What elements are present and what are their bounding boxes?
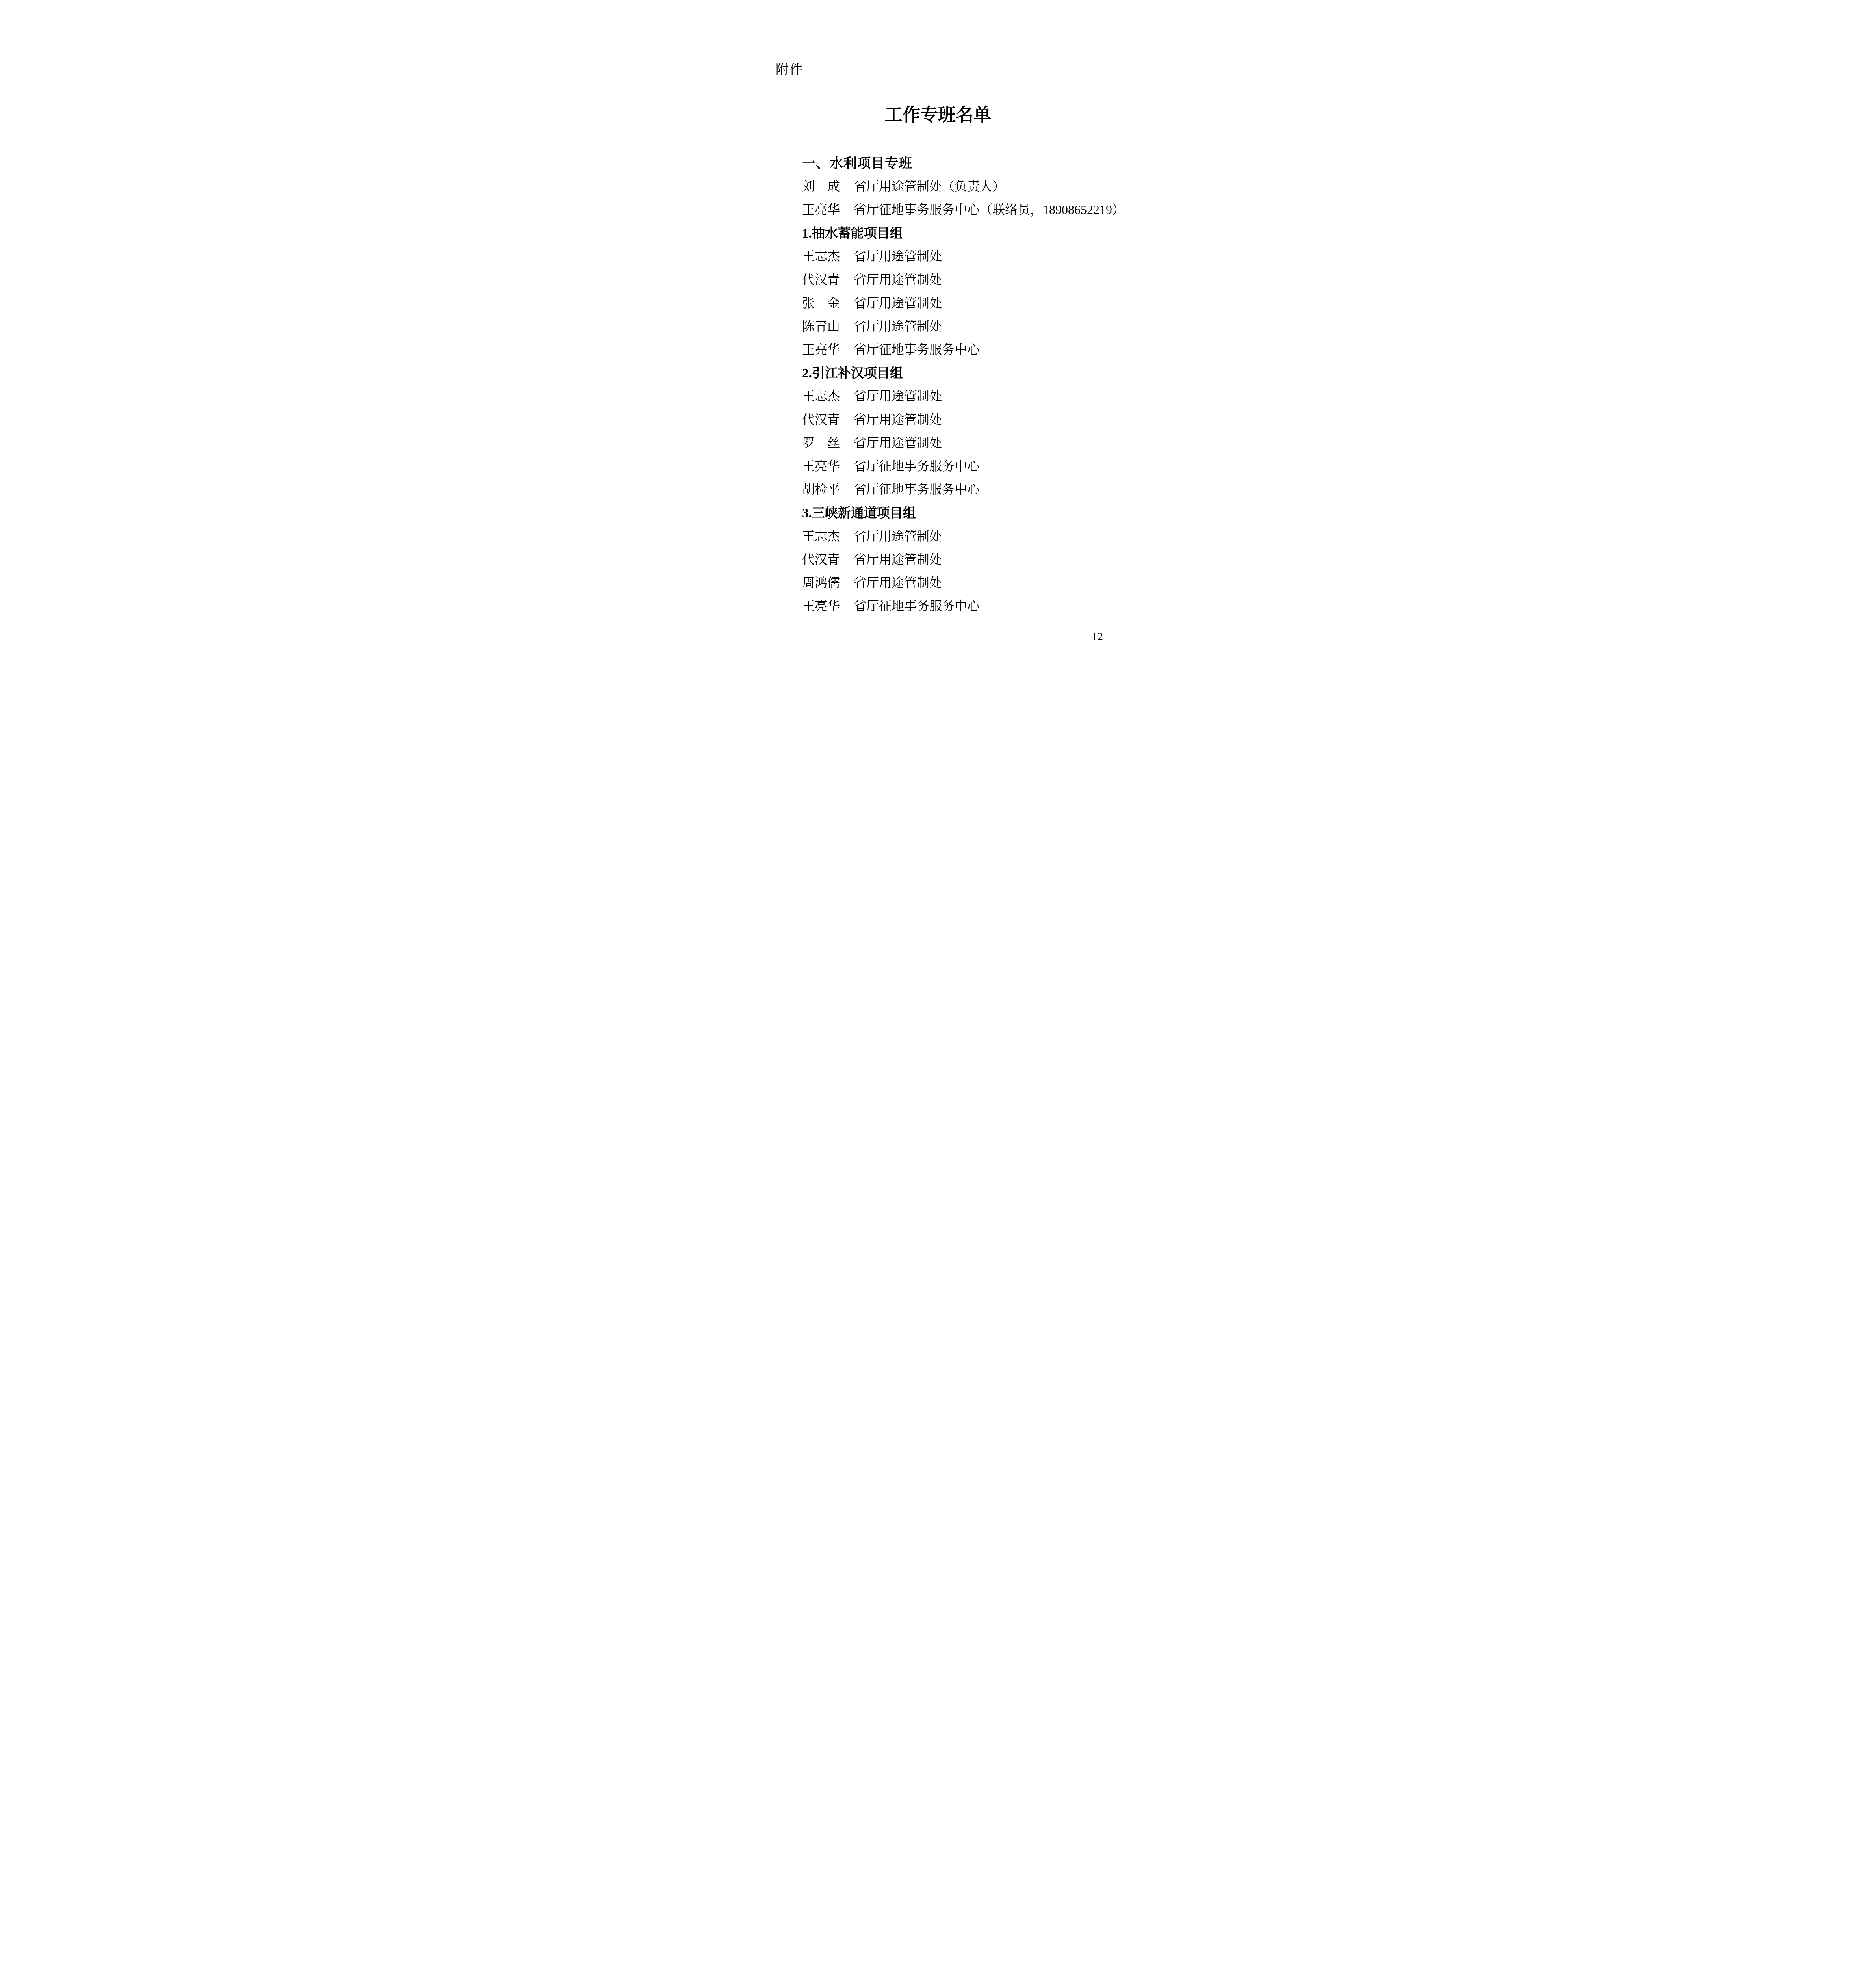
section-heading: 一、水利项目专班 [802,151,1157,174]
member-department: 省厅征地事务服务中心 [854,456,980,474]
member-name: 王志杰 [802,246,854,264]
member-department: 省厅征地事务服务中心 [854,479,980,498]
roster-entry: 王亮华 省厅征地事务服务中心 [802,453,1157,477]
member-name: 刘 成 [802,177,854,195]
member-department: 省厅用途管制处 [854,316,942,335]
member-name: 周鸿儒 [802,573,854,591]
roster-entry: 刘 成 省厅用途管制处（负责人） [802,174,1157,197]
member-department: 省厅用途管制处 [854,550,942,568]
member-name: 王亮华 [802,200,854,218]
member-name: 陈青山 [802,316,854,335]
roster-entry: 陈青山 省厅用途管制处 [802,314,1157,337]
member-department: 省厅用途管制处 [854,526,942,545]
member-department: 省厅用途管制处 [854,246,942,264]
document-page: 附件 工作专班名单 一、水利项目专班 刘 成 省厅用途管制处（负责人） 王亮华 … [704,0,1172,663]
roster-entry: 胡检平 省厅征地事务服务中心 [802,477,1157,500]
member-department: 省厅征地事务服务中心 [854,340,980,358]
roster-entry: 罗 丝 省厅用途管制处 [802,430,1157,453]
roster-content: 一、水利项目专班 刘 成 省厅用途管制处（负责人） 王亮华 省厅征地事务服务中心… [802,151,1157,617]
member-name: 王亮华 [802,596,854,614]
member-name: 王志杰 [802,526,854,545]
group-heading: 1.抽水蓄能项目组 [802,221,1157,244]
member-department: 省厅用途管制处 [854,433,942,451]
roster-entry: 王亮华 省厅征地事务服务中心 [802,337,1157,361]
member-name: 代汉青 [802,410,854,428]
group-heading: 3.三峡新通道项目组 [802,500,1157,524]
member-name: 代汉青 [802,270,854,288]
member-name: 胡检平 [802,479,854,498]
member-department: 省厅用途管制处 [854,386,942,404]
attachment-label: 附件 [776,61,803,78]
member-name: 张 金 [802,293,854,311]
member-department: 省厅征地事务服务中心 [854,596,980,614]
roster-entry: 代汉青 省厅用途管制处 [802,407,1157,430]
roster-entry: 代汉青 省厅用途管制处 [802,267,1157,290]
page-number: 12 [1092,630,1103,643]
roster-entry: 周鸿儒 省厅用途管制处 [802,570,1157,593]
member-name: 代汉青 [802,550,854,568]
roster-entry: 王亮华 省厅征地事务服务中心 [802,594,1157,617]
member-department: 省厅用途管制处 [854,573,942,591]
member-name: 王亮华 [802,456,854,474]
member-department: 省厅用途管制处 [854,410,942,428]
member-name: 王志杰 [802,386,854,404]
member-department: 省厅用途管制处 [854,270,942,288]
group-heading: 2.引江补汉项目组 [802,361,1157,384]
member-department: 省厅用途管制处（负责人） [854,177,1005,195]
roster-entry: 王志杰 省厅用途管制处 [802,524,1157,547]
roster-entry: 王志杰 省厅用途管制处 [802,384,1157,407]
member-department: 省厅征地事务服务中心（联络员，18908652219） [854,200,1125,218]
document-title: 工作专班名单 [704,104,1172,127]
member-department: 省厅用途管制处 [854,293,942,311]
member-name: 王亮华 [802,340,854,358]
roster-entry: 张 金 省厅用途管制处 [802,290,1157,314]
roster-entry: 代汉青 省厅用途管制处 [802,547,1157,570]
roster-entry: 王亮华 省厅征地事务服务中心（联络员，18908652219） [802,197,1157,220]
member-name: 罗 丝 [802,433,854,451]
roster-entry: 王志杰 省厅用途管制处 [802,244,1157,267]
